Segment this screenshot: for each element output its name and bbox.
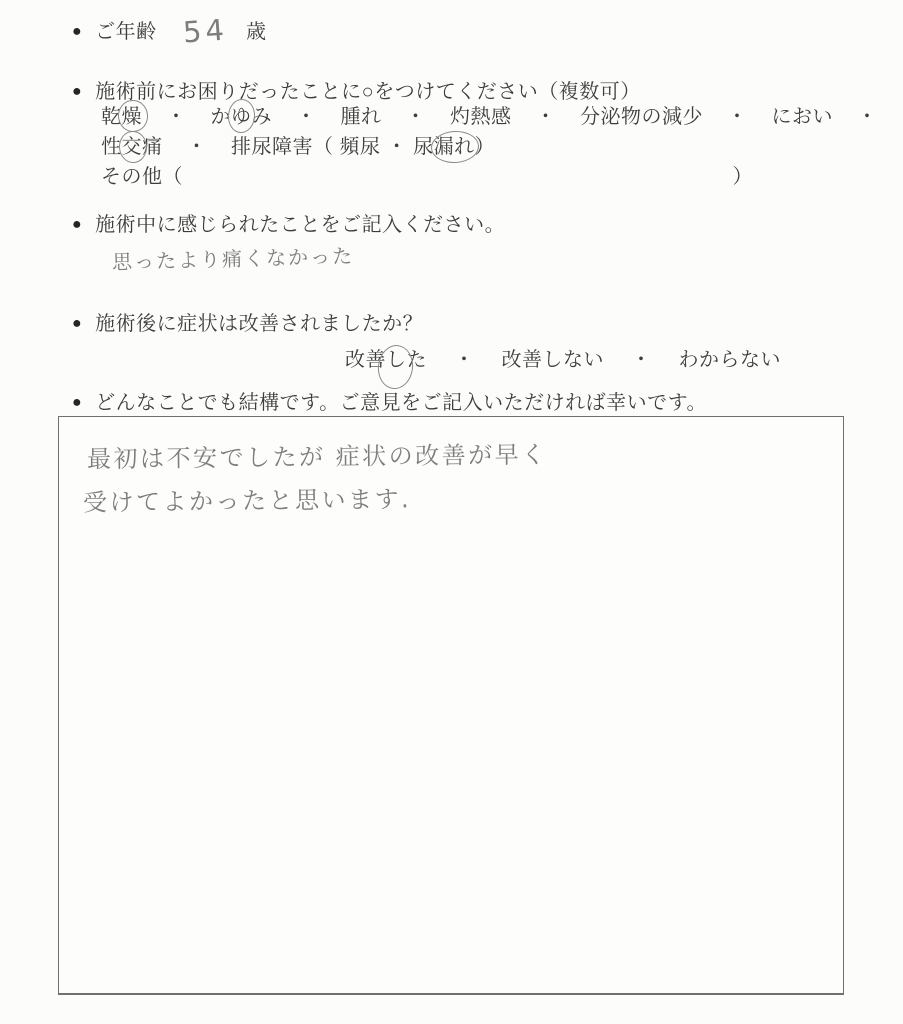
question-age: ● ご年齢 xyxy=(72,19,157,45)
question-comment: ● どんなことでも結構です。ご意見をご記入いただければ幸いです。 xyxy=(72,390,707,416)
bullet-icon: ● xyxy=(72,311,82,337)
handwritten-comment-line-2: 受けてよかったと思います. xyxy=(83,479,411,517)
separator-dot: ・ xyxy=(631,347,652,373)
bullet-icon: ● xyxy=(72,19,82,45)
question-age-label: ご年齢 xyxy=(95,19,157,45)
handwritten-circle-improved: し xyxy=(386,347,407,373)
symptom-options-row-2: 性交痛 ・ 排尿障害（ 頻尿 ・ 尿漏れ） xyxy=(101,134,495,160)
option-improved: 改善した xyxy=(345,347,427,373)
option-dont-know: わからない xyxy=(679,347,782,373)
separator-dot: ・ xyxy=(536,104,557,130)
separator-dot: ・ xyxy=(454,347,475,373)
option-dryness: 乾燥 xyxy=(101,104,142,130)
bullet-icon: ● xyxy=(72,212,82,238)
bullet-icon: ● xyxy=(72,390,82,416)
other-option-row: その他（ ） xyxy=(101,164,753,190)
separator-dot: ・ xyxy=(187,134,208,160)
question-comment-text: どんなことでも結構です。ご意見をご記入いただければ幸いです。 xyxy=(95,390,707,416)
questionnaire-scan: ● ご年齢 54 歳 ● 施術前にお困りだったことに○をつけてください（複数可）… xyxy=(0,0,903,1024)
option-urination-pre: 排尿障害（ 頻尿 ・ 尿 xyxy=(231,136,434,158)
handwritten-circle-intercourse: 交 xyxy=(122,134,143,160)
separator-dot: ・ xyxy=(296,104,317,130)
other-label: その他（ xyxy=(101,164,183,190)
question-during-text: 施術中に感じられたことをご記入ください。 xyxy=(95,212,505,238)
handwritten-circle-itching: ゆ xyxy=(231,104,252,130)
bullet-icon: ● xyxy=(72,79,82,105)
handwritten-circle-dryness: 燥 xyxy=(122,104,143,130)
option-itching: かゆみ xyxy=(211,104,273,130)
option-odor: におい xyxy=(772,104,834,130)
separator-dot: ・ xyxy=(727,104,748,130)
handwritten-comment-line-1: 最初は不安でしたが 症状の改善が早く xyxy=(87,435,548,475)
option-decreased-discharge: 分泌物の減少 xyxy=(580,104,703,130)
other-close-paren: ） xyxy=(733,164,754,190)
question-during: ● 施術中に感じられたことをご記入ください。 xyxy=(72,212,505,238)
separator-dot: ・ xyxy=(166,104,187,130)
option-pain-during-intercourse: 性交痛 xyxy=(101,134,163,160)
symptom-options-row-1: 乾燥 ・ かゆみ ・ 腫れ ・ 灼熱感 ・ 分泌物の減少 ・ におい ・ xyxy=(101,104,878,130)
free-comment-box: 最初は不安でしたが 症状の改善が早く 受けてよかったと思います. xyxy=(58,416,844,995)
improvement-options-row: 改善した ・ 改善しない ・ わからない xyxy=(345,347,781,373)
separator-dot: ・ xyxy=(857,104,878,130)
option-urination-disorder: 排尿障害（ 頻尿 ・ 尿漏れ） xyxy=(231,134,495,160)
question-after: ● 施術後に症状は改善されましたか？ xyxy=(72,311,423,337)
question-before: ● 施術前にお困りだったことに○をつけてください（複数可） xyxy=(72,79,641,105)
question-before-text: 施術前にお困りだったことに○をつけてください（複数可） xyxy=(95,79,641,105)
option-burning-sensation: 灼熱感 xyxy=(450,104,512,130)
separator-dot: ・ xyxy=(406,104,427,130)
option-not-improved: 改善しない xyxy=(502,347,605,373)
handwritten-circle-leakage: 漏れ xyxy=(434,134,475,160)
age-unit-label: 歳 xyxy=(246,19,267,45)
option-itching-post: み xyxy=(252,106,273,128)
handwritten-age-value: 54 xyxy=(182,12,229,49)
handwritten-answer-during: 思ったより痛くなかった xyxy=(112,240,355,275)
question-after-text: 施術後に症状は改善されましたか？ xyxy=(95,311,423,337)
option-swelling: 腫れ xyxy=(341,104,382,130)
